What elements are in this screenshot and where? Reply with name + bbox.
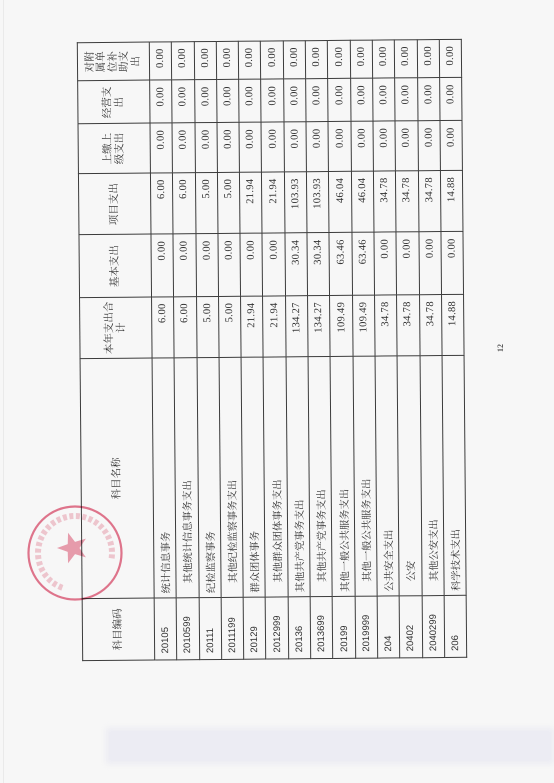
column-header-project: 项目支出 — [78, 173, 151, 235]
cell-basic: 30.34 — [285, 233, 308, 296]
column-header-total: 本年支出合计 — [80, 297, 153, 359]
cell-name: 其他一般公共服务支出 — [330, 356, 354, 596]
cell-code: 20402 — [399, 596, 422, 658]
cell-code: 20129 — [243, 597, 266, 659]
cell-basic: 0.00 — [151, 234, 174, 297]
cell-basic: 0.00 — [396, 232, 419, 295]
cell-subsidy: 0.00 — [328, 40, 351, 79]
cell-subsidy: 0.00 — [194, 41, 217, 80]
cell-total: 34.78 — [397, 295, 420, 356]
cell-basic: 0.00 — [374, 232, 397, 295]
cell-business: 0.00 — [439, 78, 462, 121]
cell-total: 14.88 — [441, 294, 464, 355]
cell-project: 5.00 — [195, 172, 218, 234]
cell-remit: 0.00 — [351, 122, 374, 172]
cell-total: 21.94 — [241, 296, 264, 357]
cell-total: 6.00 — [174, 297, 197, 358]
cell-subsidy: 0.00 — [172, 42, 195, 81]
cell-project: 6.00 — [173, 173, 196, 235]
cell-project: 46.04 — [351, 171, 374, 233]
cell-remit: 0.00 — [395, 121, 418, 171]
cell-business: 0.00 — [350, 79, 373, 122]
cell-code: 204 — [377, 596, 400, 658]
cell-subsidy: 0.00 — [261, 41, 284, 80]
cell-remit: 0.00 — [217, 123, 240, 173]
cell-project: 21.94 — [262, 172, 285, 234]
scan-edge-line — [3, 0, 4, 783]
cell-project: 6.00 — [150, 173, 173, 235]
cell-name: 其他统计信息事务支出 — [174, 358, 198, 598]
cell-project: 34.78 — [418, 171, 441, 233]
cell-subsidy: 0.00 — [439, 39, 462, 78]
cell-subsidy: 0.00 — [395, 40, 418, 79]
cell-business: 0.00 — [328, 79, 351, 122]
cell-name: 其他公安支出 — [420, 356, 444, 596]
cell-code: 20105 — [154, 598, 177, 660]
cell-total: 5.00 — [196, 296, 219, 357]
cell-remit: 0.00 — [195, 123, 218, 173]
column-header-label: 项目支出 — [109, 183, 121, 225]
cell-business: 0.00 — [172, 80, 195, 123]
cell-business: 0.00 — [395, 78, 418, 121]
cell-name: 其他一般公共服务支出 — [353, 356, 377, 596]
cell-business: 0.00 — [194, 80, 217, 123]
column-header-label: 基本支出 — [109, 245, 121, 287]
cell-code: 2010599 — [176, 598, 199, 660]
cell-code: 206 — [444, 595, 467, 657]
cell-project: 5.00 — [217, 172, 240, 234]
cell-business: 0.00 — [373, 78, 396, 121]
cell-code: 20111 — [199, 597, 222, 659]
cell-subsidy: 0.00 — [149, 42, 172, 81]
cell-basic: 0.00 — [173, 234, 196, 297]
cell-total: 6.00 — [152, 297, 175, 358]
column-header-code: 科目编码 — [82, 598, 155, 661]
cell-project: 103.93 — [284, 172, 307, 234]
column-header-label: 科目名称 — [111, 457, 123, 499]
cell-total: 34.78 — [419, 295, 442, 356]
cell-subsidy: 0.00 — [372, 40, 395, 79]
cell-basic: 0.00 — [240, 234, 263, 297]
cell-remit: 0.00 — [172, 123, 195, 173]
cell-remit: 0.00 — [239, 123, 262, 173]
cell-business: 0.00 — [239, 80, 262, 123]
cell-name: 科学技术支出 — [442, 355, 466, 595]
cell-total: 109.49 — [352, 295, 375, 356]
cell-code: 20136 — [288, 597, 311, 659]
page-number: 12 — [496, 342, 506, 354]
cell-total: 134.27 — [285, 296, 308, 357]
cell-total: 34.78 — [374, 295, 397, 356]
cell-remit: 0.00 — [373, 121, 396, 171]
cell-subsidy: 0.00 — [305, 41, 328, 80]
cell-project: 34.78 — [396, 171, 419, 233]
cell-basic: 0.00 — [441, 232, 464, 295]
cell-business: 0.00 — [217, 80, 240, 123]
table-row: 206科学技术支出14.880.0014.880.000.000.00 — [439, 39, 467, 657]
cell-remit: 0.00 — [306, 122, 329, 172]
cell-basic: 0.00 — [262, 233, 285, 296]
document-page: 科目编码 科目名称 本年支出合计 基本支出 项目支出 上缴上级支出 经营支出 对… — [0, 0, 554, 783]
cell-name: 其他共产党事务支出 — [308, 356, 332, 596]
cell-subsidy: 0.00 — [216, 41, 239, 80]
cell-basic: 63.46 — [329, 233, 352, 296]
cell-project: 46.04 — [329, 171, 352, 233]
expenditure-table: 科目编码 科目名称 本年支出合计 基本支出 项目支出 上缴上级支出 经营支出 对… — [77, 39, 468, 661]
column-header-business: 经营支出 — [78, 81, 150, 125]
cell-subsidy: 0.00 — [238, 41, 261, 80]
cell-name: 公共安全支出 — [375, 356, 399, 596]
cell-total: 21.94 — [263, 296, 286, 357]
column-header-label: 经营支出 — [102, 85, 125, 119]
cell-remit: 0.00 — [418, 121, 441, 171]
cell-remit: 0.00 — [150, 123, 173, 173]
official-seal-stamp — [25, 503, 125, 603]
cell-project: 34.78 — [373, 171, 396, 233]
cell-total: 5.00 — [218, 296, 241, 357]
cell-business: 0.00 — [417, 78, 440, 121]
cell-remit: 0.00 — [440, 121, 463, 171]
cell-project: 103.93 — [307, 171, 330, 233]
table-body: 20105统计信息事务6.000.006.000.000.000.0020105… — [149, 39, 467, 660]
cell-code: 20199 — [333, 596, 356, 658]
cell-business: 0.00 — [283, 79, 306, 122]
cell-code: 2013699 — [310, 596, 333, 658]
column-header-label: 对附属单位补助支出 — [85, 50, 143, 74]
column-header-basic: 基本支出 — [79, 235, 152, 298]
cell-remit: 0.00 — [261, 122, 284, 172]
cell-name: 其他纪检监察事务支出 — [219, 357, 243, 597]
column-header-subsidy: 对附属单位补助支出 — [77, 42, 149, 81]
cell-project: 14.88 — [440, 170, 463, 232]
cell-total: 109.49 — [330, 295, 353, 356]
column-header-label: 本年支出合计 — [104, 300, 127, 355]
cell-basic: 0.00 — [419, 232, 442, 295]
column-header-remit: 上缴上级支出 — [78, 124, 150, 174]
column-header-label: 科目编码 — [112, 608, 124, 650]
cell-code: 2011199 — [221, 597, 244, 659]
cell-name: 其他共产党事务支出 — [286, 357, 310, 597]
cell-business: 0.00 — [306, 79, 329, 122]
cell-total: 134.27 — [308, 295, 331, 356]
star-icon — [57, 533, 86, 563]
cell-business: 0.00 — [150, 80, 173, 123]
cell-remit: 0.00 — [284, 122, 307, 172]
cell-basic: 0.00 — [218, 234, 241, 297]
cell-code: 2019999 — [355, 596, 378, 658]
cell-subsidy: 0.00 — [350, 40, 373, 79]
rotated-table-wrapper: 科目编码 科目名称 本年支出合计 基本支出 项目支出 上缴上级支出 经营支出 对… — [77, 40, 467, 661]
cell-subsidy: 0.00 — [283, 41, 306, 80]
cell-name: 纪检监察事务 — [197, 357, 221, 597]
cell-business: 0.00 — [261, 79, 284, 122]
scan-artifact-band — [106, 728, 554, 764]
cell-basic: 30.34 — [307, 233, 330, 296]
cell-code: 2012999 — [266, 597, 289, 659]
cell-remit: 0.00 — [328, 122, 351, 172]
cell-code: 2040299 — [422, 596, 445, 658]
cell-subsidy: 0.00 — [417, 40, 440, 79]
cell-name: 统计信息事务 — [152, 358, 176, 598]
cell-project: 21.94 — [240, 172, 263, 234]
cell-name: 公安 — [397, 356, 421, 596]
cell-basic: 63.46 — [352, 233, 375, 296]
cell-name: 群众团体事务 — [241, 357, 265, 597]
column-header-label: 上缴上级支出 — [103, 132, 126, 166]
cell-basic: 0.00 — [196, 234, 219, 297]
cell-name: 其他群众团体事务支出 — [264, 357, 288, 597]
